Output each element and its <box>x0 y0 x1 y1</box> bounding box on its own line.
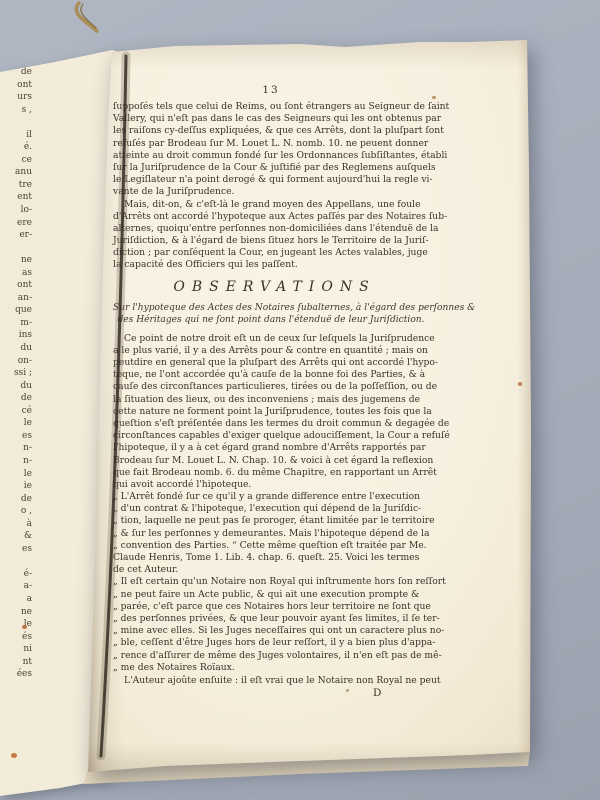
text-line: peutdire en general que la pluſpart des … <box>113 357 429 369</box>
text-line: ſur la Juriſprudence de la Cour & juſtif… <box>113 162 429 174</box>
foxing-spot <box>22 625 27 629</box>
text-line: refuſés par Brodeau ſur M. Louet L. N. n… <box>113 138 429 150</box>
text-line: „ d'un contrat & l'hipoteque, l'executio… <box>113 503 429 515</box>
text-line: diction ; par conſéquent la Cour, en jug… <box>113 247 429 259</box>
text-line: de cet Auteur. <box>113 564 429 576</box>
text-line: „ me des Notaires Roïaux. <box>113 662 429 674</box>
text-line: circonſtances capables d'exiger quelque … <box>113 430 429 442</box>
text-line: qui avoit accordé l'hipoteque. <box>113 479 429 491</box>
page-shadow: 13 ſuppoſés tels que celui de Reims, ou … <box>0 0 600 800</box>
text-line: Vallery, qui n'eſt pas dans le cas des S… <box>113 113 429 125</box>
text-line: le Legiſlateur n'a point derogé & qui fo… <box>113 174 429 186</box>
text-block: 13 ſuppoſés tels que celui de Reims, ou … <box>113 84 429 700</box>
text-line: que fait Brodeau nomb. 6. du même Chapit… <box>113 467 429 479</box>
section-heading: OBSERVATIONS <box>113 279 429 297</box>
text-line: „ tion, laquelle ne peut pas ſe proroger… <box>113 515 429 527</box>
paragraph-5-quote: „ Il eſt certain qu'un Notaire non Royal… <box>113 576 429 674</box>
text-line: „ L'Arrêt fondé ſur ce qu'il y a grande … <box>113 491 429 503</box>
foxing-spot <box>432 96 436 99</box>
paragraph-1: ſuppoſés tels que celui de Reims, ou ſon… <box>113 101 429 199</box>
text-line: „ & ſur les perſonnes y demeurantes. Mai… <box>113 528 429 540</box>
foxing-spot <box>156 472 159 475</box>
paragraph-4-quote: „ L'Arrêt fondé ſur ce qu'il y a grande … <box>113 491 429 576</box>
text-line: „ rence d'aſſurer de même des Juges volo… <box>113 650 429 662</box>
text-line: cauſe des circonſtances particulieres, t… <box>113 381 429 393</box>
paragraph-2: Mais, dit-on, & c'eſt-là le grand moyen … <box>113 199 429 272</box>
text-line: Claude Henris, Tome 1. Lib. 4. chap. 6. … <box>113 552 429 564</box>
text-line: „ convention des Parties. “ Cette même q… <box>113 540 429 552</box>
book-page: 13 ſuppoſés tels que celui de Reims, ou … <box>0 0 600 800</box>
text-line: cette nature ne forment point la Juriſpr… <box>113 406 429 418</box>
text-line: Mais, dit-on, & c'eſt-là le grand moyen … <box>113 199 429 211</box>
text-line: la ſituation des lieux, ou des inconveni… <box>113 394 429 406</box>
text-line: teque, ne l'ont accordée qu'à cauſe de l… <box>113 369 429 381</box>
foxing-spot <box>346 689 349 692</box>
text-line: Juriſdiction, & à l'égard de biens ſitue… <box>113 235 429 247</box>
page-number: 13 <box>113 84 429 101</box>
text-line: alternes, quoiqu'entre perſonnes non-dom… <box>113 223 429 235</box>
text-line: queſtion s'eſt préſentée dans les termes… <box>113 418 429 430</box>
text-line: des Héritages qui ne ſont point dans l'é… <box>113 314 429 326</box>
catchword-signature: D <box>113 687 429 700</box>
foxing-spot <box>518 382 522 386</box>
section-subtitle: Sur l'hypoteque des Actes des Notaires ſ… <box>113 302 429 326</box>
paragraph-3: Ce point de notre droit eſt un de ceux ſ… <box>113 333 429 491</box>
text-line: Ce point de notre droit eſt un de ceux ſ… <box>113 333 429 345</box>
text-line: „ parée, c'eſt parce que ces Notaires ho… <box>113 601 429 613</box>
text-line: atteinte au droit commun fondé ſur les O… <box>113 150 429 162</box>
book-photo: deonturss ,ilé.ceanutreentlo-ereer-neaso… <box>0 0 600 800</box>
closing-line: L'Auteur ajoûte enſuite : il eſt vrai qu… <box>113 675 429 687</box>
text-line: la capacité des Officiers qui les paſſen… <box>113 259 429 271</box>
foxing-spot <box>11 753 17 758</box>
text-line: „ Il eſt certain qu'un Notaire non Royal… <box>113 576 429 588</box>
text-line: „ ble, ceſſent d'être Juges hors de leur… <box>113 637 429 649</box>
text-line: L'Auteur ajoûte enſuite : il eſt vrai qu… <box>113 675 429 687</box>
text-line: Brodeau ſur M. Louet L. N. Chap. 10. & v… <box>113 455 429 467</box>
text-line: „ ne peut faire un Acte public, & qui ai… <box>113 589 429 601</box>
text-line: „ mine avec elles. Si les Juges neceſſai… <box>113 625 429 637</box>
text-line: l'hipoteque, il y a à cet égard grand no… <box>113 442 429 454</box>
text-line: les raiſons cy-deſſus expliquées, & que … <box>113 125 429 137</box>
text-line: ſuppoſés tels que celui de Reims, ou ſon… <box>113 101 429 113</box>
text-line: „ des perſonnes privées, & que leur pouv… <box>113 613 429 625</box>
text-line: a le plus varié, il y a des Arrêts pour … <box>113 345 429 357</box>
text-line: vante de la Juriſprudence. <box>113 186 429 198</box>
text-line: d'Arrêts ont accordé l'hypoteque aux Act… <box>113 211 429 223</box>
text-line: Sur l'hypoteque des Actes des Notaires ſ… <box>113 302 429 314</box>
